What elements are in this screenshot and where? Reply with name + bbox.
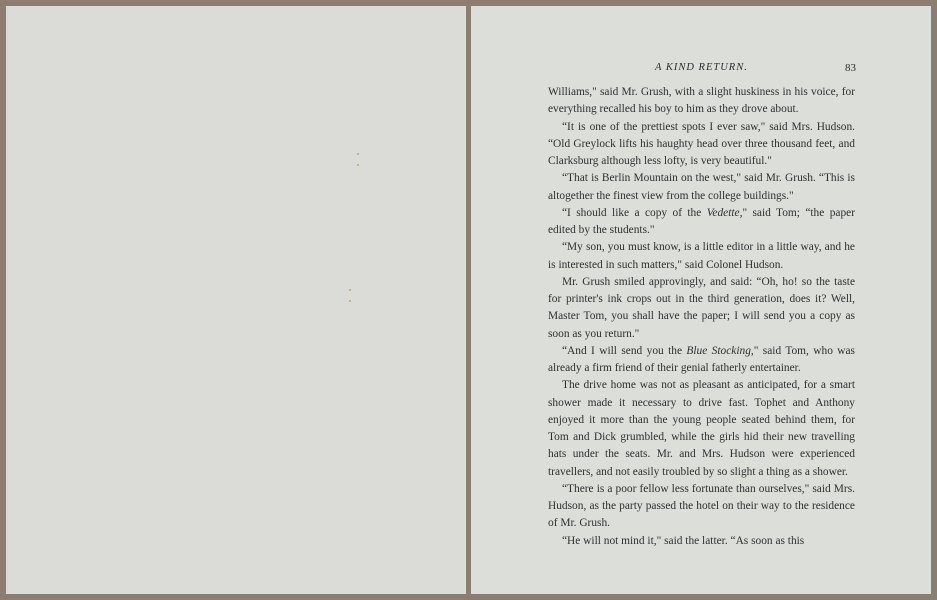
paragraph: “He will not mind it," said the latter. … [548,533,855,550]
paper-speck [357,164,359,166]
paper-speck [349,289,351,291]
italic-title-vedette: Vedette, [707,207,743,219]
italic-title-blue-stocking: Blue Stocking, [686,345,753,357]
page-number: 83 [845,62,856,74]
paper-speck [349,300,351,302]
paragraph: The drive home was not as pleasant as an… [548,377,855,481]
paragraph: “I should like a copy of the Vedette," s… [548,205,855,240]
paragraph: “It is one of the prettiest spots I ever… [548,119,855,171]
paragraph: Williams," said Mr. Grush, with a slight… [548,84,855,119]
paragraph: “And I will send you the Blue Stocking,"… [548,343,855,378]
paragraph: Mr. Grush smiled approvingly, and said: … [548,274,855,343]
right-page: A KIND RETURN. 83 Williams," said Mr. Gr… [471,6,931,594]
paragraph: “That is Berlin Mountain on the west," s… [548,170,855,205]
paragraph: “My son, you must know, is a little edit… [548,239,855,274]
paragraph: “There is a poor fellow less fortunate t… [548,481,855,533]
paper-speck [357,153,359,155]
running-head: A KIND RETURN. [655,62,748,73]
body-text: Williams," said Mr. Grush, with a slight… [548,84,855,550]
left-page-blank [6,6,466,594]
